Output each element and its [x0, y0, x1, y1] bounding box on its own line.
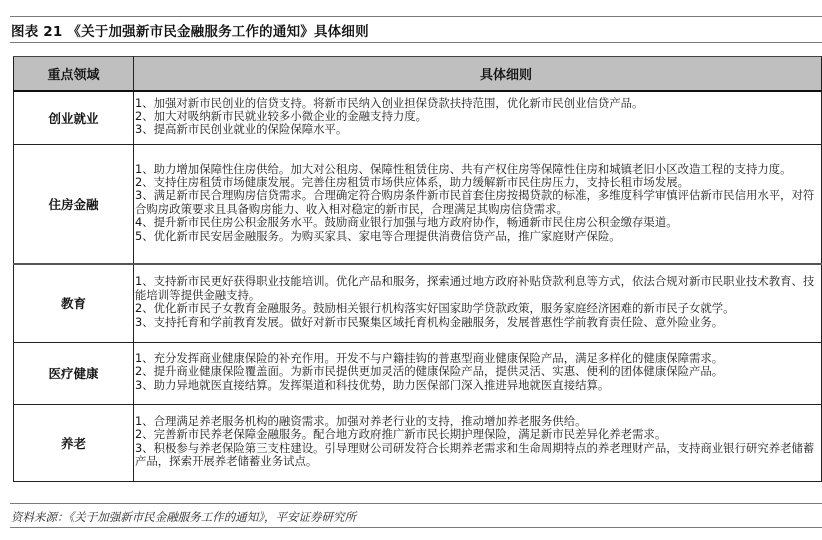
detail-line: 3、提高新市民创业就业的保险保障水平。	[135, 123, 818, 136]
detail-line: 2、加大对吸纳新市民就业较多小微企业的金融支持力度。	[135, 110, 818, 123]
top-rule	[10, 16, 822, 17]
detail-cell: 1、合理满足养老服务机构的融资需求。加强对养老行业的支持，推动增加养老服务供给。…	[134, 404, 822, 481]
area-cell: 住房金融	[14, 144, 134, 264]
detail-line: 2、提升商业健康保险覆盖面。为新市民提供更加灵活的健康保险产品，提供灵活、实惠、…	[135, 365, 818, 378]
table-row: 住房金融 1、助力增加保障性住房供给。加大对公租房、保障性租赁住房、共有产权住房…	[14, 144, 822, 264]
detail-line: 1、合理满足养老服务机构的融资需求。加强对养老行业的支持，推动增加养老服务供给。	[135, 415, 818, 428]
detail-line: 1、加强对新市民创业的信贷支持。将新市民纳入创业担保贷款扶持范围，优化新市民创业…	[135, 97, 818, 110]
detail-line: 2、优化新市民子女教育金融服务。鼓励相关银行机构落实好国家助学贷款政策，服务家庭…	[135, 302, 818, 315]
detail-line: 3、助力异地就医直接结算。发挥渠道和科技优势，助力医保部门深入推进异地就医直接结…	[135, 379, 818, 392]
detail-line: 3、满足新市民合理购房信贷需求。合理确定符合购房条件新市民首套住房按揭贷款的标准…	[135, 189, 818, 216]
table-row: 养老 1、合理满足养老服务机构的融资需求。加强对养老行业的支持，推动增加养老服务…	[14, 404, 822, 481]
area-cell: 养老	[14, 404, 134, 481]
table-row: 教育 1、支持新市民更好获得职业技能培训。优化产品和服务，探索通过地方政府补贴贷…	[14, 264, 822, 342]
detail-line: 3、积极参与养老保险第三支柱建设。引导理财公司研发符合长期养老需求和生命周期特点…	[135, 442, 818, 469]
detail-line: 4、提升新市民住房公积金服务水平。鼓励商业银行加强与地方政府协作，畅通新市民住房…	[135, 216, 818, 229]
detail-line: 2、支持住房租赁市场健康发展。完善住房租赁市场供应体系，助力缓解新市民住房压力，…	[135, 176, 818, 189]
area-cell: 教育	[14, 264, 134, 342]
detail-line: 5、优化新市民安居金融服务。为购买家具、家电等合理提供消费信贷产品，推广家庭财产…	[135, 230, 818, 243]
header-focus-area: 重点领域	[14, 57, 134, 92]
table-row: 创业就业 1、加强对新市民创业的信贷支持。将新市民纳入创业担保贷款扶持范围，优化…	[14, 91, 822, 144]
detail-line: 1、支持新市民更好获得职业技能培训。优化产品和服务，探索通过地方政府补贴贷款利息…	[135, 275, 818, 302]
source-bottom-rule	[10, 527, 822, 528]
detail-line: 1、助力增加保障性住房供给。加大对公租房、保障性租赁住房、共有产权住房等保障性住…	[135, 163, 818, 176]
detail-line: 2、完善新市民养老保障金融服务。配合地方政府推广新市民长期护理保险，满足新市民差…	[135, 428, 818, 441]
area-cell: 创业就业	[14, 91, 134, 144]
detail-cell: 1、助力增加保障性住房供给。加大对公租房、保障性租赁住房、共有产权住房等保障性住…	[134, 144, 822, 264]
area-cell: 医疗健康	[14, 342, 134, 404]
detail-cell: 1、支持新市民更好获得职业技能培训。优化产品和服务，探索通过地方政府补贴贷款利息…	[134, 264, 822, 342]
detail-line: 1、充分发挥商业健康保险的补充作用。开发不与户籍挂钩的普惠型商业健康保险产品，满…	[135, 352, 818, 365]
header-details-label: 具体细则	[184, 64, 532, 83]
table-row: 医疗健康 1、充分发挥商业健康保险的补充作用。开发不与户籍挂钩的普惠型商业健康保…	[14, 342, 822, 404]
detail-cell: 1、充分发挥商业健康保险的补充作用。开发不与户籍挂钩的普惠型商业健康保险产品，满…	[134, 342, 822, 404]
detail-line: 3、支持托育和学前教育发展。做好对新市民聚集区域托育机构金融服务，发展普惠性学前…	[135, 316, 818, 329]
detail-cell: 1、加强对新市民创业的信贷支持。将新市民纳入创业担保贷款扶持范围，优化新市民创业…	[134, 91, 822, 144]
title-underline	[10, 42, 822, 43]
table-header-row: 重点领域 具体细则	[14, 57, 822, 92]
source-note: 资料来源：《关于加强新市民金融服务工作的通知》，平安证券研究所	[11, 509, 356, 525]
figure-title: 图表 21 《关于加强新市民金融服务工作的通知》具体细则	[11, 20, 369, 40]
header-details: 具体细则	[134, 57, 822, 92]
source-top-rule	[10, 503, 822, 504]
policy-details-table: 重点领域 具体细则 创业就业 1、加强对新市民创业的信贷支持。将新市民纳入创业担…	[13, 56, 822, 482]
